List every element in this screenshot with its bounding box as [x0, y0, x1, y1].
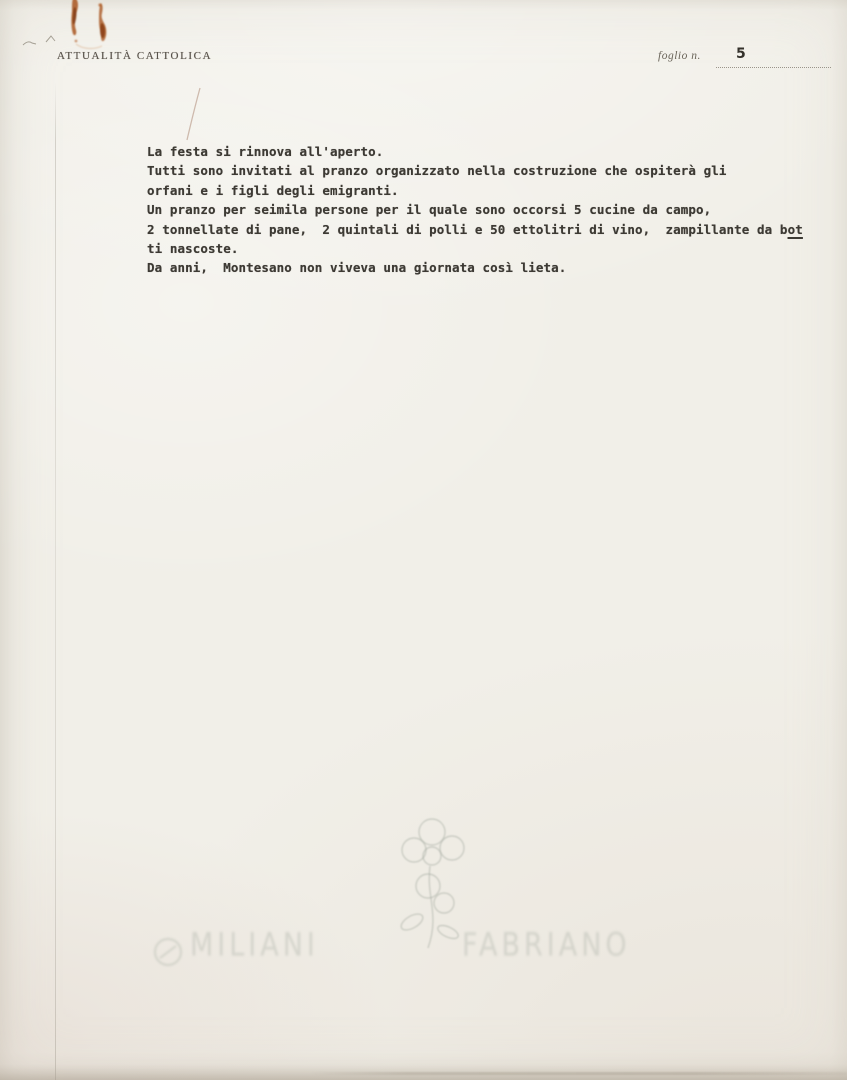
- typewritten-text-block: La festa si rinnova all'aperto. Tutti so…: [147, 142, 827, 278]
- text-line: 2 tonnellate di pane, 2 quintali di poll…: [147, 220, 827, 239]
- pencil-stroke: [180, 85, 210, 145]
- text-line: La festa si rinnova all'aperto.: [147, 142, 827, 161]
- text-line: Tutti sono invitati al pranzo organizzat…: [147, 161, 827, 180]
- folio-label: foglio n.: [658, 50, 701, 62]
- watermark-text-miliani: MILIANI: [190, 927, 319, 964]
- text-line: ti nascoste.: [147, 239, 827, 258]
- paper-crease-line: [55, 82, 56, 1080]
- folio-dotted-line: [716, 66, 831, 68]
- bottom-edge-streak: [310, 1072, 847, 1075]
- text-line: Un pranzo per seimila persone per il qua…: [147, 200, 827, 219]
- text-line: Da anni, Montesano non viveva una giorna…: [147, 258, 827, 277]
- folio-number: 5: [736, 46, 746, 62]
- text-line: orfani e i figli degli emigranti.: [147, 181, 827, 200]
- pencil-marks: [20, 32, 70, 52]
- watermark-ring-mark: [150, 934, 186, 970]
- folio-field: foglio n. 5: [658, 46, 838, 72]
- page-header-title: ATTUALITÀ CATTOLICA: [57, 50, 212, 62]
- hyphenation-underline: ot: [788, 222, 803, 237]
- watermark-text-fabriano: FABRIANO: [462, 927, 631, 964]
- scanned-document-page: ATTUALITÀ CATTOLICA foglio n. 5 La festa…: [0, 0, 847, 1080]
